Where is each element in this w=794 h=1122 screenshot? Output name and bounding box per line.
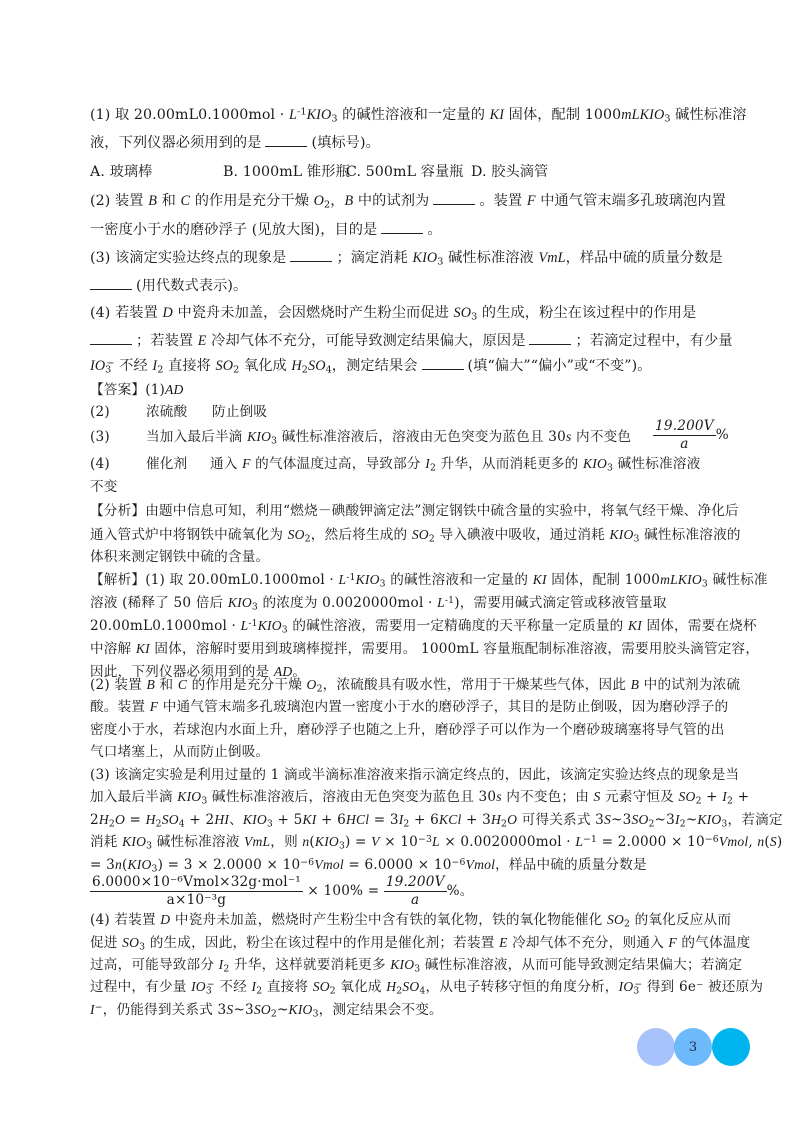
text: (4) (90, 454, 146, 474)
text: 的生成，因此，粉尘在该过程中的作用是催化剂；若装置 (145, 935, 499, 951)
text: (1) 取 20.00mL0.1000mol · (90, 107, 289, 123)
numerator: 6.0000×10⁻⁶Vmol×32g·mol⁻¹ (90, 874, 303, 892)
text: (1) (145, 382, 165, 398)
text: 氧化成 (239, 358, 291, 374)
text: 密度小于水，若球泡内水面上升，磨砂浮子也随之上升，磨砂浮子可以作为一个磨砂玻璃塞… (90, 722, 725, 738)
analysis-line1: 【分析】由题中信息可知，利用“燃烧－碘酸钾滴定法”测定钢铁中硫含量的实验中，将氧… (90, 501, 739, 521)
numerator: 19.200V (653, 418, 716, 436)
text: ，浓硫酸具有吸水性，常用于干燥某些气体，因此 (323, 677, 631, 693)
text: 碱性标准溶液，从而可能导致测定结果偏大；若滴定 (420, 957, 742, 973)
answer-blank[interactable] (90, 276, 132, 290)
text: 碱性标准溶液 (444, 250, 539, 266)
explanation-p2-line3: 密度小于水，若球泡内水面上升，磨砂浮子也随之上升，磨砂浮子可以作为一个磨砂玻璃塞… (90, 720, 725, 740)
text: 和 (155, 677, 178, 693)
text: 促进 (90, 935, 122, 951)
analysis-header: 【分析】 (90, 503, 145, 519)
text: 和 (157, 193, 181, 209)
explanation-p2-line4: 气口堵塞上，从而防止倒吸。 (90, 742, 269, 762)
text: 的浓度为 0.0020000mol · (258, 595, 437, 611)
q1-line2: 液，下列仪器必须用到的是(填标号)。 (90, 133, 380, 153)
q2-line1: (2) 装置 B 和 C 的作用是充分干燥 O2，B 中的试剂为。装置 F 中通… (90, 191, 726, 211)
answer-value: AD (165, 382, 184, 397)
option-d: D. 胶头滴管 (471, 162, 548, 182)
text: 固体，需要在烧杯 (642, 618, 757, 634)
text: ；若滴定过程中，有少量 (575, 333, 732, 349)
text: ，然后将生成的 (311, 527, 412, 543)
text: 得到 6e⁻ 被还原为 (642, 979, 763, 995)
page-number-badge: 3 (637, 1028, 751, 1066)
answer-value: 催化剂 (146, 454, 210, 474)
text: 的碱性溶液和一定量的 (338, 107, 490, 123)
explanation-p4-line5: I−，仍能得到关系式 3S~3SO2~KIO3，测定结果会不变。 (90, 1000, 443, 1020)
answer-blank[interactable] (381, 220, 423, 234)
text: 碱性标准溶 (671, 107, 747, 123)
text: 中的试剂为 (353, 193, 429, 209)
text: ，则 (270, 834, 302, 850)
text: ，样品中硫的质量分数是 (495, 857, 647, 873)
text: (用代数式表示)。 (136, 278, 247, 294)
text: 消耗 (90, 834, 122, 850)
answer-value: 浓硫酸 (146, 402, 212, 422)
q3-line2: (用代数式表示)。 (90, 276, 247, 296)
answer-blank[interactable] (529, 331, 571, 345)
text: 碱性标准溶液 (152, 834, 244, 850)
text: 中通气管末端多孔玻璃泡内置一密度小于水的磨砂浮子，其目的是防止倒吸，因为磨砂浮子… (158, 699, 728, 715)
text: ， (330, 193, 344, 209)
text: 液，下列仪器必须用到的是 (90, 135, 261, 151)
text: 通入管式炉中将钢铁中硫氧化为 (90, 527, 288, 543)
explanation-p1-line4: 中溶解 KI 固体，溶解时要用到玻璃棒搅拌，需要用。 1000mL 容量瓶配制标… (90, 639, 759, 659)
text: 过高，可能导致部分 (90, 957, 219, 973)
text: 固体，溶解时要用到玻璃棒搅拌，需要用。 1000mL 容量瓶配制标准溶液，需要用… (150, 641, 759, 657)
analysis-line3: 体积来测定钢铁中硫的含量。 (90, 547, 269, 567)
text: ，测定结果会 (332, 358, 418, 374)
text: 碱性标准溶液 (613, 456, 700, 472)
q3-line1: (3) 该滴定实验达终点的现象是；滴定消耗 KIO3 碱性标准溶液 VmL，样品… (90, 248, 723, 268)
text: 导入碘液中吸收，通过消耗 (435, 527, 610, 543)
explanation-p1-line2: 溶液 (稀释了 50 倍后 KIO3 的浓度为 0.0020000mol · L… (90, 593, 667, 613)
text: (4) 若装置 (90, 305, 162, 321)
explanation-p4-line2: 促进 SO3 的生成，因此，粉尘在该过程中的作用是催化剂；若装置 E 冷却气体不… (90, 933, 750, 953)
text: ，仍能得到关系式 (103, 1002, 218, 1018)
text: 冷却气体不充分，可能导致测定结果偏大，原因是 (207, 333, 526, 349)
text: 中瓷舟未加盖，燃烧时产生粉尘中含有铁的氧化物，铁的氧化物能催化 (170, 912, 607, 928)
explanation-p3-formula: 6.0000×10⁻⁶Vmol×32g·mol⁻¹a×10⁻³g × 100% … (90, 874, 474, 909)
text: 气口堵塞上，从而防止倒吸。 (90, 744, 269, 760)
page-number-circle: 3 (674, 1028, 712, 1066)
text: 碱性标准 (708, 572, 768, 588)
text: 体积来测定钢铁中硫的含量。 (90, 549, 269, 565)
explanation-p4-line1: (4) 若装置 D 中瓷舟未加盖，燃烧时产生粉尘中含有铁的氧化物，铁的氧化物能催… (90, 910, 731, 930)
text: 直接将 (262, 979, 312, 995)
decorative-circle-icon (712, 1028, 750, 1066)
text: 不经 (115, 358, 153, 374)
text: ，若滴定 (728, 812, 783, 828)
q1-options: A. 玻璃棒B. 1000mL 锥形瓶C. 500mL 容量瓶D. 胶头滴管 (90, 162, 548, 182)
explanation-p4-line4: 过程中，有少量 IO3− 不经 I2 直接将 SO2 氧化成 H2SO4，从电子… (90, 977, 763, 997)
text: (2) (90, 402, 146, 422)
text: ，测定结果会不变。 (319, 1002, 443, 1018)
text: )，需要用碱式滴定管或移液管量取 (454, 595, 666, 611)
text: ，从电子转移守恒的角度分析， (425, 979, 618, 995)
text: 20.00mL0.1000mol · (90, 618, 241, 634)
answer-line4: (4)催化剂通入 F 的气体温度过高，导致部分 I2 升华，从而消耗更多的 KI… (90, 454, 700, 474)
text: 内不变色；由 (502, 789, 594, 805)
text: (2) 装置 (90, 677, 147, 693)
answer-value: 不变 (90, 479, 118, 495)
text: 的气体温度 (677, 935, 751, 951)
explanation-p2-line2: 酸。装置 F 中通气管末端多孔玻璃泡内置一密度小于水的磨砂浮子，其目的是防止倒吸… (90, 697, 728, 717)
text: 的气体温度过高，导致部分 (251, 456, 426, 472)
option-a: A. 玻璃棒 (90, 162, 223, 182)
text: 升华，这样就要消耗更多 (229, 957, 390, 973)
text: 可得关系式 (517, 812, 595, 828)
explanation-p3-line2: 加入最后半滴 KIO3 碱性标准溶液后，溶液由无色突变为蓝色且 30s 内不变色… (90, 787, 749, 807)
text: ；滴定消耗 (336, 250, 412, 266)
text: 元素守恒及 (601, 789, 679, 805)
text: (3) 该滴定实验是利用过量的 1 滴或半滴标准溶液来指示滴定终点的，因此，该滴… (90, 767, 739, 783)
q4-line1: (4) 若装置 D 中瓷舟未加盖，会因燃烧时产生粉尘而促进 SO3 的生成，粉尘… (90, 303, 696, 323)
text: 固体，配制 1000 (547, 572, 660, 588)
text: 过程中，有少量 (90, 979, 191, 995)
text: 中溶解 (90, 641, 136, 657)
text: 中瓷舟未加盖，会因燃烧时产生粉尘而促进 (173, 305, 454, 321)
q2-line2: 一密度小于水的磨砂浮子 (见放大图)，目的是。 (90, 220, 442, 240)
page-number: 3 (689, 1040, 697, 1055)
numerator: 19.200V (384, 874, 447, 892)
text: 固体，配制 1000 (504, 107, 621, 123)
explanation-header: 【解析】 (90, 572, 145, 588)
q1-line1: (1) 取 20.00mL0.1000mol · L-1KIO3 的碱性溶液和一… (90, 105, 747, 125)
text: ，样品中硫的质量分数是 (566, 250, 723, 266)
text: 中的试剂为浓硫 (639, 677, 740, 693)
explanation-p4-line3: 过高，可能导致部分 I2 升华，这样就要消耗更多 KIO3 碱性标准溶液，从而可… (90, 955, 742, 975)
text: 的作用是充分干燥 (187, 677, 306, 693)
text: 的碱性溶液，需要用一定精确度的天平称量一定质量的 (288, 618, 628, 634)
text: % (716, 427, 729, 443)
explanation-p2-line1: (2) 装置 B 和 C 的作用是充分干燥 O2，浓硫酸具有吸水性，常用于干燥某… (90, 675, 740, 695)
text: (1) 取 20.00mL0.1000mol · (145, 572, 338, 588)
text: (4) 若装置 (90, 912, 160, 928)
answer-blank[interactable] (90, 331, 132, 345)
q4-line3: IO3− 不经 I2 直接将 SO2 氧化成 H2SO4，测定结果会(填“偏大”… (90, 356, 652, 376)
fraction: 19.200Va (384, 874, 447, 909)
explanation-p1-line3: 20.00mL0.1000mol · L-1KIO3 的碱性溶液，需要用一定精确… (90, 616, 757, 636)
answer-line5: 不变 (90, 477, 118, 497)
text: 碱性标准溶液后，溶液由无色突变为蓝色且 30 (277, 429, 566, 445)
text: 的作用是充分干燥 (190, 193, 314, 209)
answer-line2: (2)浓硫酸防止倒吸 (90, 402, 267, 422)
text: 直接将 (163, 358, 215, 374)
explanation-p3-line5: = 3n(KIO3) = 3 × 2.0000 × 10−6Vmol = 6.0… (90, 855, 647, 875)
answer-fraction: 19.200Va% (653, 418, 729, 453)
text: 升华，从而消耗更多的 (436, 456, 583, 472)
text: (3) (90, 427, 146, 447)
answer-blank[interactable] (433, 191, 475, 205)
text: 冷却气体不充分，则通入 (508, 935, 669, 951)
text: 氧化成 (336, 979, 386, 995)
explanation-p3-line3: 2H2O = H2SO4 + 2HI、KIO3 + 5KI + 6HCl = 3… (90, 810, 783, 830)
denominator: a×10⁻³g (90, 892, 303, 909)
text: 中通气管末端多孔玻璃泡内置 (536, 193, 726, 209)
text: 酸。装置 (90, 699, 150, 715)
text: 溶液 (稀释了 50 倍后 (90, 595, 228, 611)
text: (填标号)。 (311, 135, 379, 151)
answer-blank[interactable] (422, 356, 464, 370)
fraction: 6.0000×10⁻⁶Vmol×32g·mol⁻¹a×10⁻³g (90, 874, 303, 909)
text: (3) 该滴定实验达终点的现象是 (90, 250, 286, 266)
explanation-p3-line4: 消耗 KIO3 碱性标准溶液 VmL，则 n(KIO3) = V × 10−3L… (90, 832, 782, 852)
text: 的氧化反应从而 (630, 912, 731, 928)
text: 的生成，粉尘在该过程中的作用是 (477, 305, 696, 321)
text: 不经 (215, 979, 252, 995)
answer-header: 【答案】 (90, 382, 145, 398)
denominator: a (653, 436, 716, 453)
text: × 100% = (303, 883, 384, 899)
answer-value: 防止倒吸 (212, 404, 267, 420)
answer-line1: 【答案】(1)AD (90, 380, 184, 400)
option-b: B. 1000mL 锥形瓶 (223, 162, 346, 182)
explanation-p1-line1: 【解析】(1) 取 20.00mL0.1000mol · L-1KIO3 的碱性… (90, 570, 768, 590)
text: 。装置 (479, 193, 526, 209)
document-page: (1) 取 20.00mL0.1000mol · L-1KIO3 的碱性溶液和一… (0, 0, 794, 1122)
fraction: 19.200Va (653, 418, 716, 453)
text: 一密度小于水的磨砂浮子 (见放大图)，目的是 (90, 222, 377, 238)
text: 通入 (210, 456, 242, 472)
text: 的碱性溶液和一定量的 (386, 572, 533, 588)
answer-line3: (3)当加入最后半滴 KIO3 碱性标准溶液后，溶液由无色突变为蓝色且 30s … (90, 427, 631, 447)
option-c: C. 500mL 容量瓶 (346, 162, 471, 182)
q4-line2: ；若装置 E 冷却气体不充分，可能导致测定结果偏大，原因是；若滴定过程中，有少量 (90, 331, 733, 351)
text: 碱性标准溶液后，溶液由无色突变为蓝色且 30 (207, 789, 496, 805)
text: = (125, 812, 146, 828)
explanation-p3-line1: (3) 该滴定实验是利用过量的 1 滴或半滴标准溶液来指示滴定终点的，因此，该滴… (90, 765, 739, 785)
text: 内不变色 (572, 429, 632, 445)
analysis-line2: 通入管式炉中将钢铁中硫氧化为 SO2，然后将生成的 SO2 导入碘液中吸收，通过… (90, 525, 741, 545)
answer-blank[interactable] (265, 133, 307, 147)
decorative-circle-icon (637, 1028, 675, 1066)
answer-blank[interactable] (290, 248, 332, 262)
text: ；若装置 (136, 333, 198, 349)
text: 。 (427, 222, 441, 238)
denominator: a (384, 892, 447, 909)
text: (2) 装置 (90, 193, 148, 209)
text: 由题中信息可知，利用“燃烧－碘酸钾滴定法”测定钢铁中硫含量的实验中，将氧气经干燥… (145, 503, 739, 519)
text: 当加入最后半滴 (146, 429, 247, 445)
text: %。 (447, 883, 474, 899)
text: 加入最后半滴 (90, 789, 177, 805)
text: (填“偏大”“偏小”或“不变”)。 (468, 358, 652, 374)
text: 碱性标准溶液的 (640, 527, 741, 543)
